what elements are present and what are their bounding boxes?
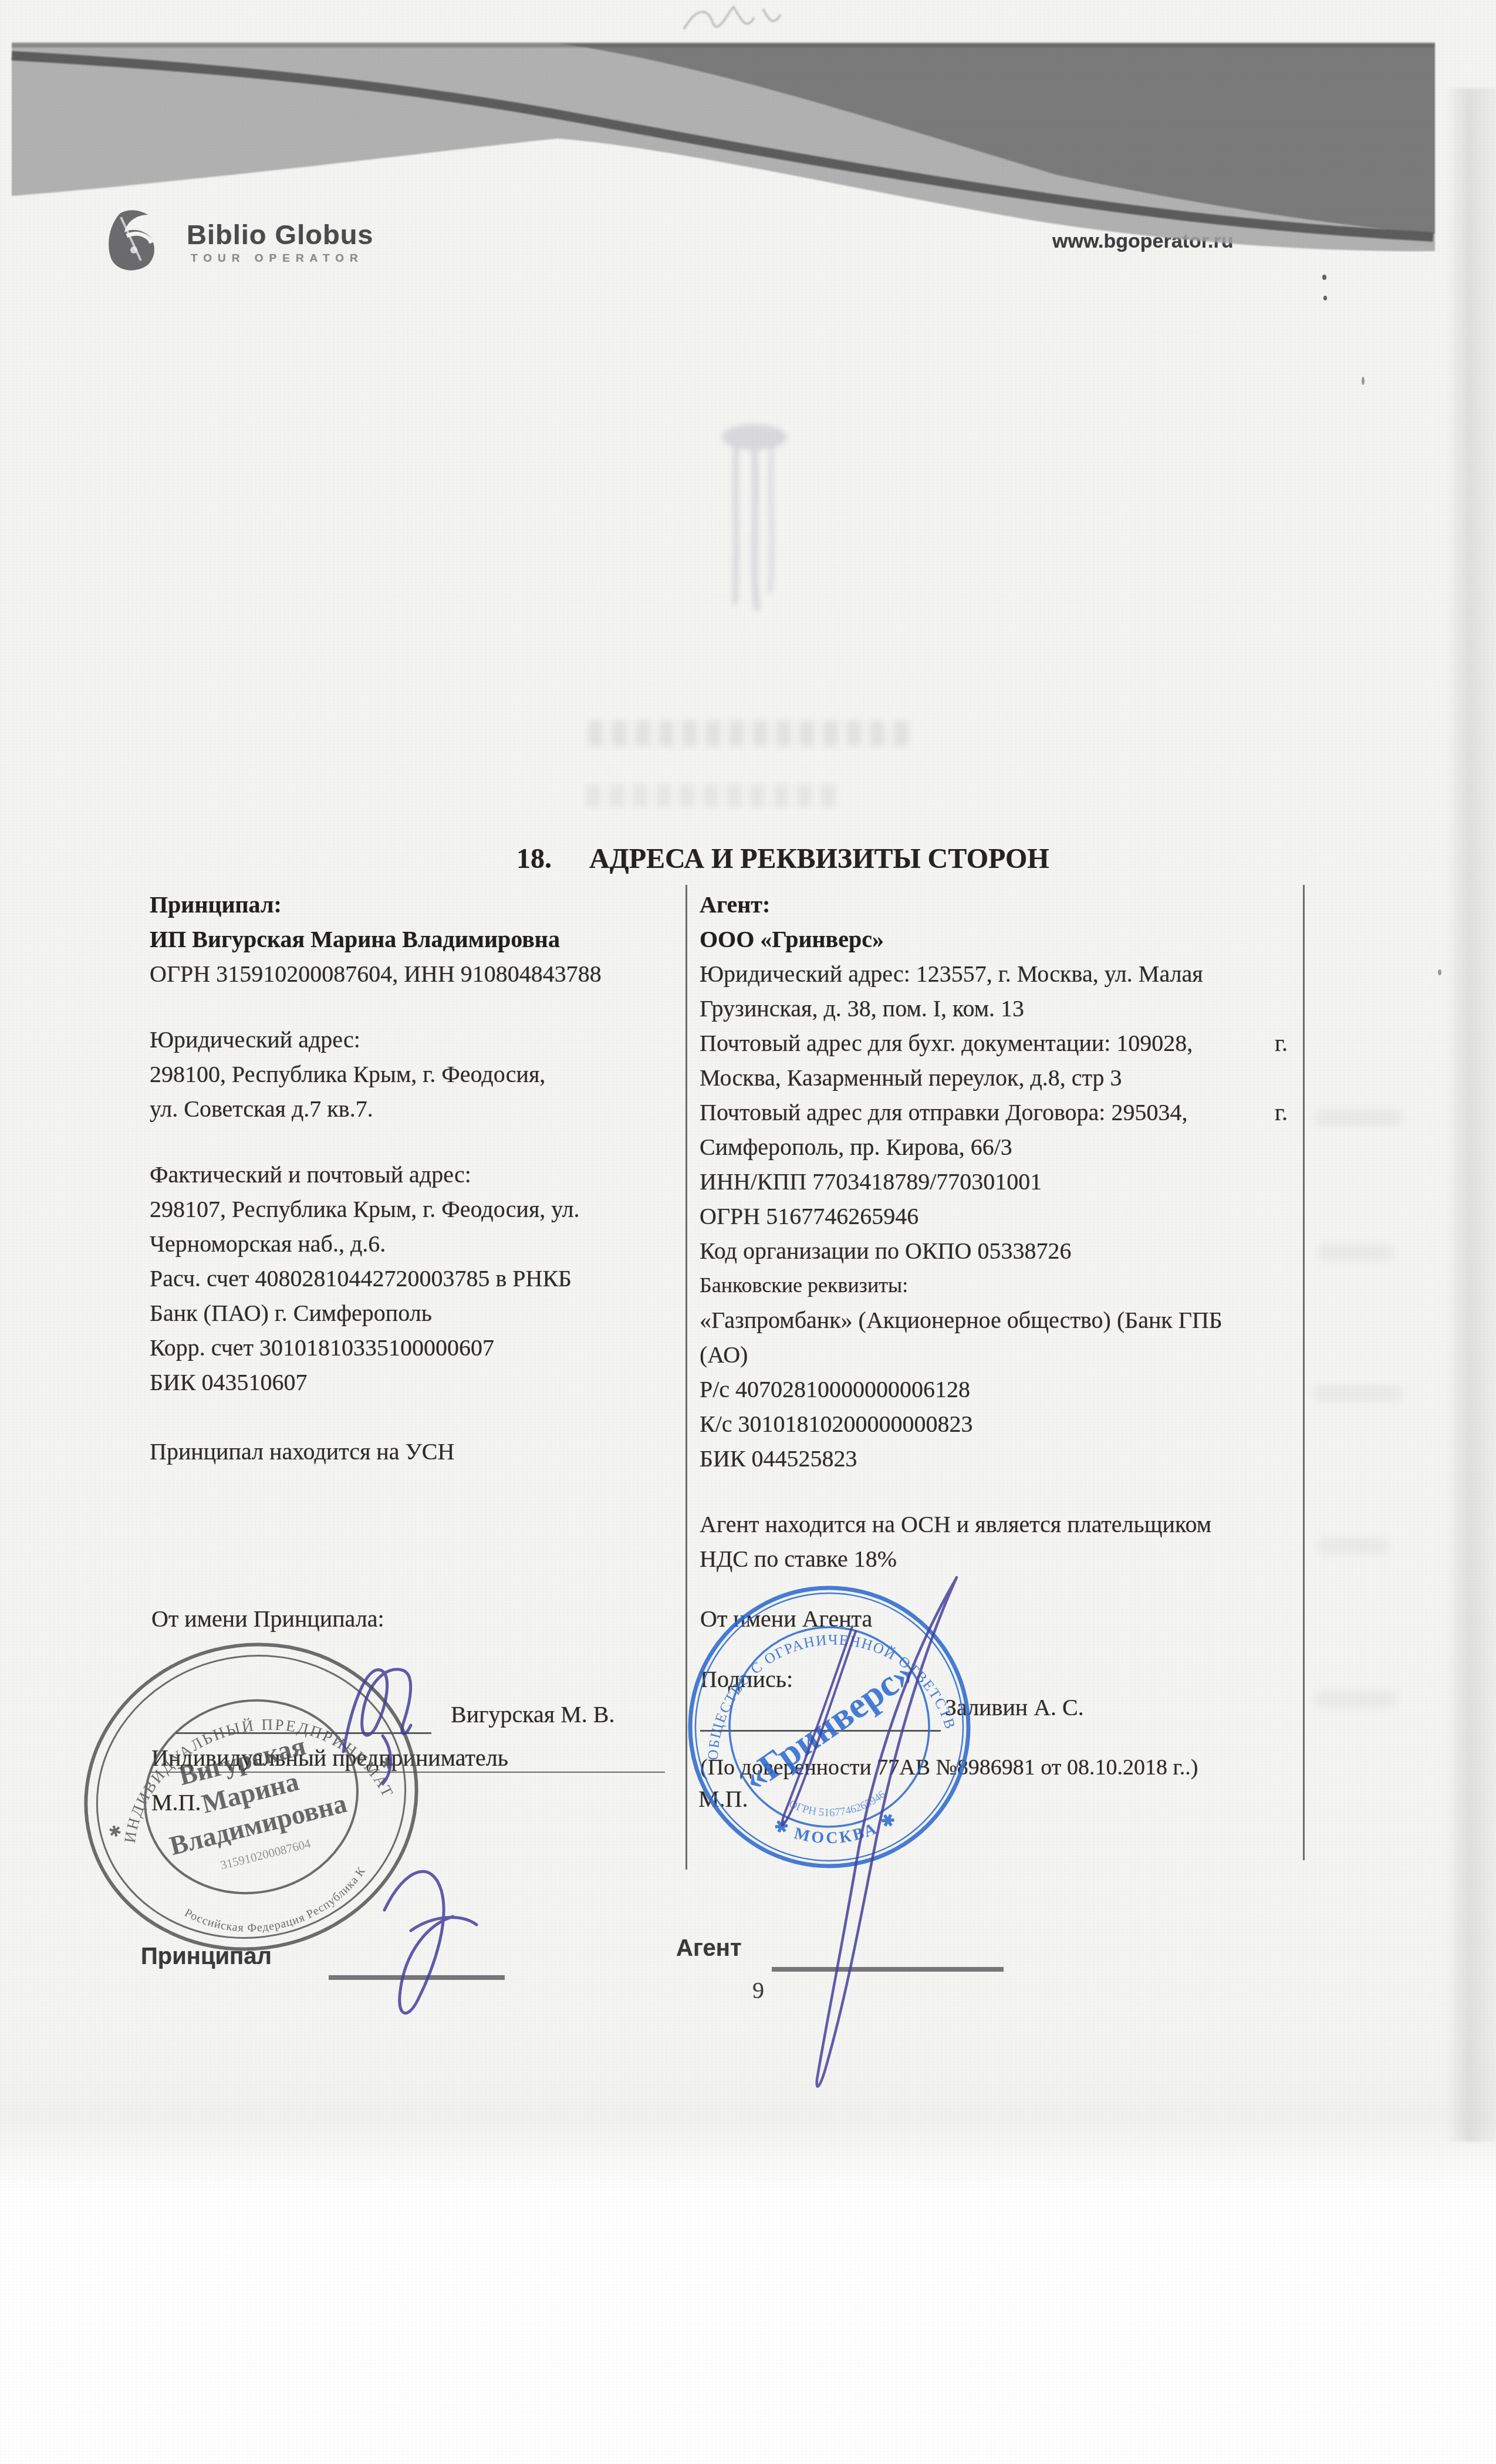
scanned-contract-page: Biblio Globus TOUR OPERATOR www.bgoperat… bbox=[0, 0, 1496, 2464]
scan-edge-shadow bbox=[1447, 88, 1496, 2142]
principal-signature-stroke bbox=[343, 1669, 411, 1752]
footer-principal-signature-stroke bbox=[384, 1871, 453, 2013]
pen-signatures bbox=[0, 0, 1496, 2464]
agent-signature-stroke bbox=[817, 1577, 957, 2087]
